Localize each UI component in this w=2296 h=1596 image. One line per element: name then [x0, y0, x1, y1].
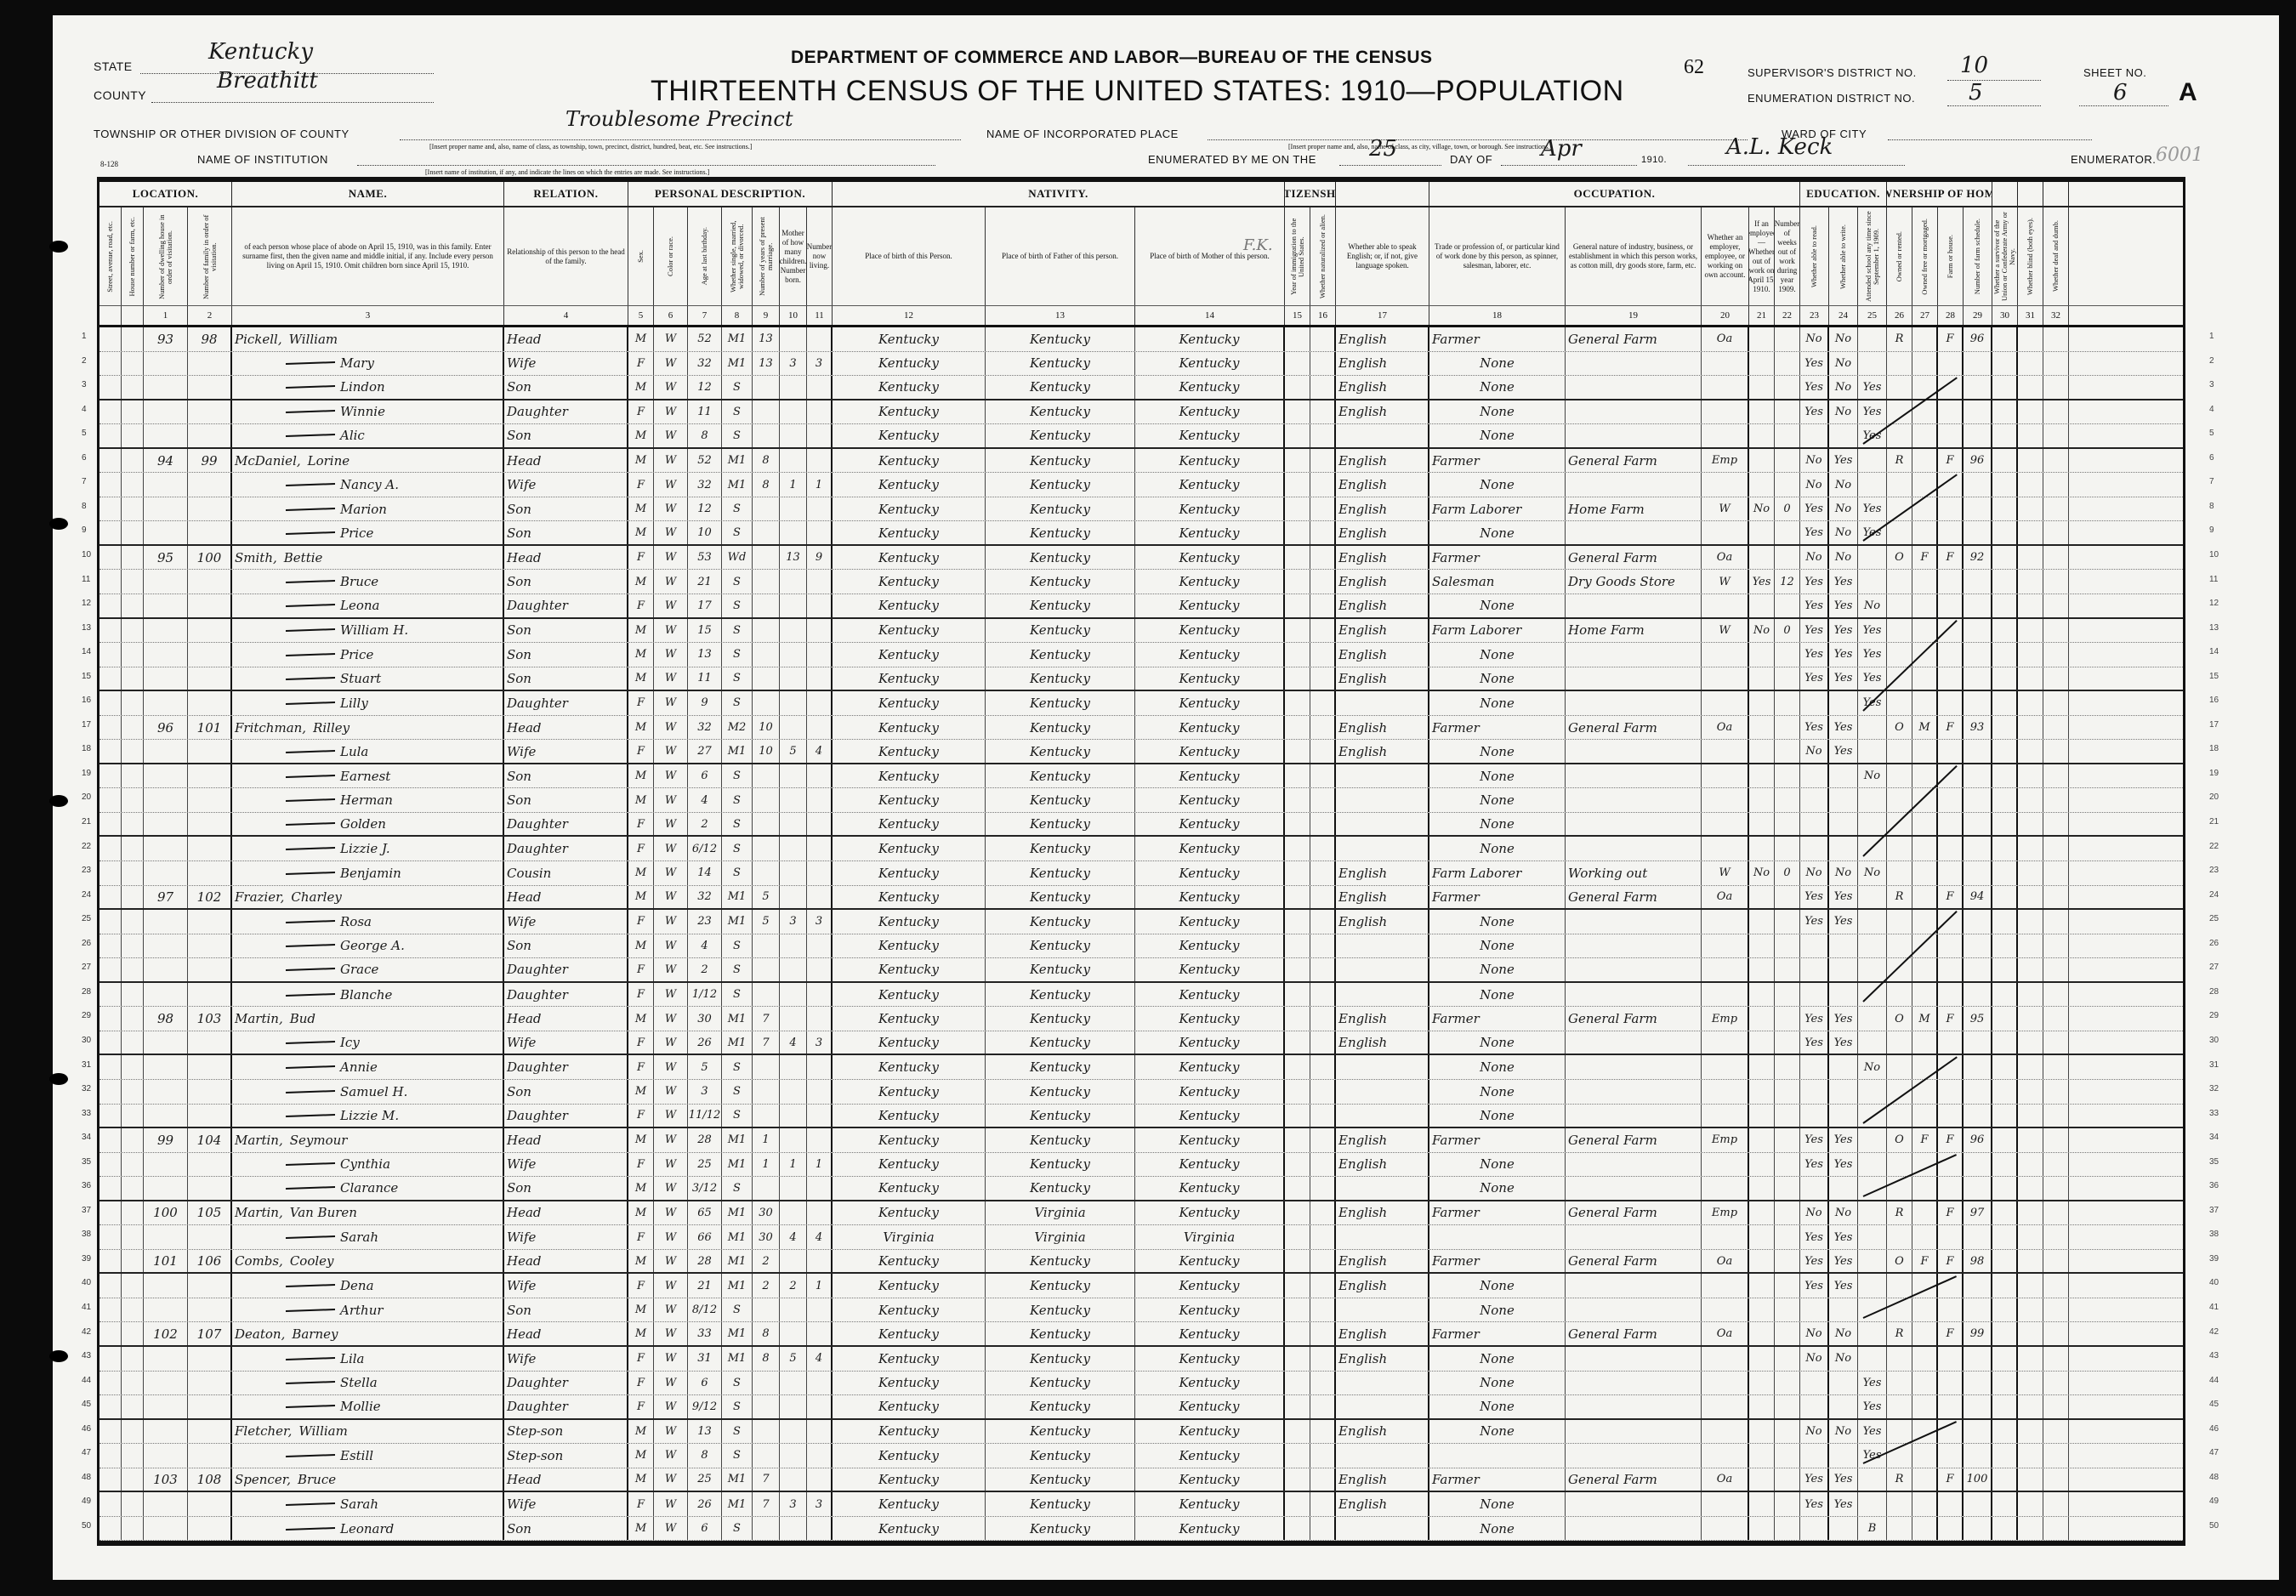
cell-mbp: Kentucky — [1135, 643, 1285, 667]
cell-fbp: Kentucky — [986, 788, 1135, 812]
cell-rel: Daughter — [504, 1372, 628, 1395]
cell-bp: Kentucky — [833, 619, 986, 643]
cell-name: Icy — [232, 1031, 504, 1054]
column-header-text: Whether able to read. — [1810, 225, 1818, 287]
cell-dw — [144, 376, 188, 399]
cell-wks — [1775, 424, 1800, 447]
cell-fm — [1912, 352, 1938, 376]
given-name: Golden — [340, 816, 386, 832]
cell-sched — [1964, 1105, 1992, 1127]
cell-ms: M1 — [722, 910, 753, 934]
cell-dw: 97 — [144, 886, 188, 909]
supervisor-district-label: Supervisor's District No. — [1748, 66, 1917, 79]
cell-rel: Daughter — [504, 1105, 628, 1127]
line-number: 15 — [2209, 672, 2219, 681]
cell-fbp: Kentucky — [986, 934, 1135, 958]
department-heading: DEPARTMENT OF COMMERCE AND LABOR—BUREAU … — [791, 48, 1433, 68]
cell-col30 — [1992, 449, 2018, 473]
column-header: Place of birth of Father of this person. — [986, 207, 1135, 305]
cell-read: Yes — [1800, 1250, 1829, 1273]
column-number: 28 — [1938, 306, 1964, 325]
cell-name: Lizzie J. — [232, 837, 504, 860]
cell-cols — [99, 1322, 122, 1345]
cell-col15 — [1285, 837, 1310, 860]
cell-write: Yes — [1829, 594, 1858, 617]
cell-fm — [1912, 1517, 1938, 1541]
cell-ms: S — [722, 400, 753, 424]
cell-colh — [122, 1177, 144, 1200]
cell-age: 28 — [688, 1250, 722, 1273]
cell-mbp: Kentucky — [1135, 788, 1285, 812]
cell-write — [1829, 691, 1858, 715]
column-number: 26 — [1887, 306, 1912, 325]
cell-col30 — [1992, 1201, 2018, 1225]
cell-race: W — [654, 1128, 688, 1152]
cell-eng — [1336, 788, 1429, 812]
ditto-mark — [286, 1186, 335, 1190]
cell-read — [1800, 1395, 1829, 1418]
county-value: Breathitt — [217, 68, 318, 94]
cell-race: W — [654, 1517, 688, 1541]
cell-fbp: Kentucky — [986, 497, 1135, 521]
cell-col16 — [1310, 1031, 1336, 1054]
census-row: BenjaminCousinMW14SKentuckyKentuckyKentu… — [99, 861, 2183, 886]
cell-cols — [99, 1080, 122, 1104]
ditto-mark — [286, 1357, 335, 1360]
cell-wks — [1775, 1105, 1800, 1127]
line-number: 4 — [82, 405, 87, 414]
cell-fh — [1938, 958, 1964, 981]
cell-col16 — [1310, 1201, 1336, 1225]
cell-occ: Farmer — [1429, 1201, 1566, 1225]
cell-sex: F — [628, 691, 654, 715]
ditto-mark — [286, 580, 335, 583]
cell-col32 — [2043, 1468, 2069, 1491]
cell-write — [1829, 1298, 1858, 1322]
cell-cols — [99, 1395, 122, 1418]
cell-mbp: Kentucky — [1135, 497, 1285, 521]
cell-wks — [1775, 327, 1800, 351]
cell-wks — [1775, 667, 1800, 690]
cell-age: 53 — [688, 546, 722, 570]
cell-dw — [144, 1395, 188, 1418]
cell-fm — [1912, 934, 1938, 958]
census-row: MollieDaughterFW9/12SKentuckyKentuckyKen… — [99, 1395, 2183, 1420]
cell-race: W — [654, 958, 688, 981]
cell-fam — [188, 1080, 232, 1104]
cell-occ: Farmer — [1429, 1128, 1566, 1152]
cell-sch — [1858, 570, 1887, 594]
cell-fam: 103 — [188, 1007, 232, 1031]
cell-sex: M — [628, 1250, 654, 1273]
cell-yrs: 30 — [753, 1201, 780, 1225]
cell-read: Yes — [1800, 619, 1829, 643]
cell-rel: Daughter — [504, 983, 628, 1007]
cell-sched — [1964, 934, 1992, 958]
cell-read — [1800, 424, 1829, 447]
cell-sch: Yes — [1858, 691, 1887, 715]
cell-race: W — [654, 1492, 688, 1516]
cell-oow — [1749, 934, 1775, 958]
cell-sex: F — [628, 1055, 654, 1079]
column-number: 25 — [1858, 306, 1887, 325]
ditto-mark — [286, 1065, 335, 1069]
given-name: Mary — [340, 355, 374, 371]
ditto-mark — [286, 628, 335, 632]
column-header: Whether deaf and dumb. — [2043, 207, 2069, 305]
cell-colh — [122, 376, 144, 399]
cell-ind — [1566, 1105, 1702, 1127]
cell-oow — [1749, 1517, 1775, 1541]
cell-col15 — [1285, 1105, 1310, 1127]
cell-emp — [1702, 521, 1749, 544]
cell-col16 — [1310, 1250, 1336, 1273]
cell-col32 — [2043, 983, 2069, 1007]
given-name: William — [289, 332, 338, 347]
ditto-mark — [286, 968, 335, 971]
cell-rel: Wife — [504, 910, 628, 934]
cell-rel: Wife — [504, 1492, 628, 1516]
census-row: IcyWifeFW26M1743KentuckyKentuckyKentucky… — [99, 1031, 2183, 1056]
cell-col15 — [1285, 1420, 1310, 1444]
cell-col32 — [2043, 497, 2069, 521]
census-title: THIRTEENTH CENSUS OF THE UNITED STATES: … — [651, 75, 1624, 108]
cell-fm — [1912, 740, 1938, 763]
cell-sch — [1858, 1347, 1887, 1371]
cell-occ: Salesman — [1429, 570, 1566, 594]
column-header: If an employee— Whether out of work on A… — [1749, 207, 1775, 305]
cell-age: 21 — [688, 570, 722, 594]
cell-ind — [1566, 1444, 1702, 1468]
cell-name: Arthur — [232, 1298, 504, 1322]
line-number: 19 — [82, 769, 91, 778]
cell-fm — [1912, 449, 1938, 473]
ditto-mark — [286, 775, 335, 778]
cell-fm — [1912, 521, 1938, 544]
cell-read: Yes — [1800, 1031, 1829, 1054]
cell-ms: M2 — [722, 716, 753, 740]
cell-ms: S — [722, 643, 753, 667]
cell-colh — [122, 910, 144, 934]
line-number: 14 — [2209, 647, 2219, 656]
cell-write: Yes — [1829, 1250, 1858, 1273]
cell-sched — [1964, 667, 1992, 690]
line-number: 47 — [2209, 1448, 2219, 1457]
enumeration-line — [1947, 105, 2041, 106]
cell-col31 — [2018, 886, 2043, 909]
cell-fh — [1938, 861, 1964, 885]
column-header-text: Place of birth of Father of this person. — [1002, 252, 1118, 261]
cell-born — [780, 327, 807, 351]
cell-ind — [1566, 1420, 1702, 1444]
cell-ind — [1566, 1080, 1702, 1104]
cell-own — [1887, 473, 1912, 497]
cell-col31 — [2018, 1055, 2043, 1079]
cell-col15 — [1285, 546, 1310, 570]
cell-write: Yes — [1829, 1492, 1858, 1516]
cell-write — [1829, 934, 1858, 958]
column-header: Sex. — [628, 207, 654, 305]
cell-fh: F — [1938, 1128, 1964, 1152]
cell-living — [807, 1201, 833, 1225]
cell-fbp: Kentucky — [986, 570, 1135, 594]
cell-sched: 94 — [1964, 886, 1992, 909]
cell-sched — [1964, 1444, 1992, 1468]
cell-name: William H. — [232, 619, 504, 643]
cell-fam — [188, 910, 232, 934]
punch-hole — [49, 1073, 68, 1085]
cell-fam — [188, 1517, 232, 1541]
ditto-mark — [286, 798, 335, 802]
cell-cols — [99, 1031, 122, 1054]
cell-name: Spencer, Bruce — [232, 1468, 504, 1491]
column-number: 19 — [1566, 306, 1702, 325]
cell-ind: General Farm — [1566, 1007, 1702, 1031]
cell-rel: Wife — [504, 740, 628, 763]
cell-col31 — [2018, 1105, 2043, 1127]
cell-sex: M — [628, 1128, 654, 1152]
cell-fh — [1938, 1492, 1964, 1516]
cell-fm — [1912, 1201, 1938, 1225]
cell-colh — [122, 424, 144, 447]
cell-sched — [1964, 691, 1992, 715]
cell-race: W — [654, 1080, 688, 1104]
cell-dw — [144, 570, 188, 594]
cell-mbp: Kentucky — [1135, 1153, 1285, 1177]
census-row: RosaWifeFW23M1533KentuckyKentuckyKentuck… — [99, 910, 2183, 934]
cell-bp: Kentucky — [833, 1177, 986, 1200]
cell-fm — [1912, 376, 1938, 399]
cell-col16 — [1310, 497, 1336, 521]
cell-own — [1887, 667, 1912, 690]
cell-cols — [99, 1177, 122, 1200]
cell-oow: Yes — [1749, 570, 1775, 594]
cell-oow — [1749, 1153, 1775, 1177]
cell-read: Yes — [1800, 1225, 1829, 1249]
cell-mbp: Kentucky — [1135, 764, 1285, 788]
cell-eng: English — [1336, 473, 1429, 497]
cell-wks — [1775, 1420, 1800, 1444]
cell-name: Alic — [232, 424, 504, 447]
cell-read — [1800, 1372, 1829, 1395]
cell-sch: Yes — [1858, 376, 1887, 399]
line-number: 9 — [82, 525, 87, 535]
cell-colh — [122, 983, 144, 1007]
cell-oow — [1749, 910, 1775, 934]
cell-read: Yes — [1800, 886, 1829, 909]
cell-eng — [1336, 424, 1429, 447]
cell-fm — [1912, 813, 1938, 836]
cell-write — [1829, 1395, 1858, 1418]
cell-age: 12 — [688, 497, 722, 521]
line-number: 11 — [82, 575, 90, 584]
cell-col31 — [2018, 983, 2043, 1007]
cell-dw — [144, 667, 188, 690]
cell-write: No — [1829, 861, 1858, 885]
given-name: Lula — [340, 744, 368, 759]
cell-sched — [1964, 521, 1992, 544]
census-row: LeonaDaughterFW17SKentuckyKentuckyKentuc… — [99, 594, 2183, 619]
cell-col31 — [2018, 352, 2043, 376]
column-header: Whether able to read. — [1800, 207, 1829, 305]
cell-rel: Son — [504, 1177, 628, 1200]
cell-fbp: Kentucky — [986, 1105, 1135, 1127]
cell-bp: Kentucky — [833, 1250, 986, 1273]
cell-cols — [99, 1347, 122, 1371]
cell-occ: None — [1429, 837, 1566, 860]
cell-sex: M — [628, 1444, 654, 1468]
line-number: 3 — [82, 380, 87, 389]
cell-name: Mary — [232, 352, 504, 376]
line-number: 9 — [2209, 525, 2214, 535]
given-name: Bruce — [340, 574, 378, 589]
cell-cols — [99, 376, 122, 399]
cell-race: W — [654, 1225, 688, 1249]
cell-occ: None — [1429, 934, 1566, 958]
cell-colh — [122, 1298, 144, 1322]
census-row: GraceDaughterFW2SKentuckyKentuckyKentuck… — [99, 958, 2183, 983]
cell-ms: S — [722, 424, 753, 447]
cell-race: W — [654, 643, 688, 667]
cell-occ: None — [1429, 910, 1566, 934]
column-header: General nature of industry, business, or… — [1566, 207, 1702, 305]
cell-sch — [1858, 716, 1887, 740]
cell-dw — [144, 740, 188, 763]
cell-living: 9 — [807, 546, 833, 570]
cell-dw — [144, 983, 188, 1007]
cell-race: W — [654, 813, 688, 836]
cell-yrs — [753, 1177, 780, 1200]
cell-sex: M — [628, 716, 654, 740]
cell-col15 — [1285, 1492, 1310, 1516]
cell-fm — [1912, 424, 1938, 447]
cell-age: 27 — [688, 740, 722, 763]
cell-occ: Farmer — [1429, 1468, 1566, 1491]
line-number: 47 — [82, 1448, 91, 1457]
cell-cols — [99, 691, 122, 715]
line-number: 18 — [2209, 744, 2219, 753]
cell-bp: Kentucky — [833, 691, 986, 715]
cell-living: 4 — [807, 740, 833, 763]
given-name: Cooley — [290, 1253, 334, 1269]
line-number: 20 — [2209, 792, 2219, 802]
cell-bp: Kentucky — [833, 521, 986, 544]
cell-born — [780, 886, 807, 909]
cell-sched — [1964, 424, 1992, 447]
line-number: 21 — [82, 817, 91, 826]
column-header-text: Whether deaf and dumb. — [2052, 220, 2060, 292]
column-number: 9 — [753, 306, 780, 325]
cell-col15 — [1285, 1395, 1310, 1418]
cell-ind — [1566, 764, 1702, 788]
cell-col30 — [1992, 352, 2018, 376]
cell-col15 — [1285, 1225, 1310, 1249]
cell-mbp: Kentucky — [1135, 1080, 1285, 1104]
cell-col32 — [2043, 1274, 2069, 1298]
cell-colh — [122, 1517, 144, 1541]
cell-sched — [1964, 1395, 1992, 1418]
cell-colh — [122, 1153, 144, 1177]
cell-col16 — [1310, 667, 1336, 690]
cell-fh — [1938, 764, 1964, 788]
cell-col16 — [1310, 473, 1336, 497]
line-number: 12 — [82, 599, 91, 608]
cell-occ: Farmer — [1429, 327, 1566, 351]
given-name: Mollie — [340, 1399, 381, 1414]
cell-yrs: 2 — [753, 1250, 780, 1273]
cell-sch — [1858, 1007, 1887, 1031]
cell-eng: English — [1336, 667, 1429, 690]
cell-emp — [1702, 691, 1749, 715]
cell-write — [1829, 1372, 1858, 1395]
cell-oow — [1749, 594, 1775, 617]
cell-own: R — [1887, 886, 1912, 909]
column-number: 10 — [780, 306, 807, 325]
cell-occ: None — [1429, 1298, 1566, 1322]
census-row: 101106Combs, CooleyHeadMW28M12KentuckyKe… — [99, 1250, 2183, 1275]
cell-dw — [144, 1274, 188, 1298]
cell-ind — [1566, 594, 1702, 617]
cell-dw — [144, 1444, 188, 1468]
census-row: 103108Spencer, BruceHeadMW25M17KentuckyK… — [99, 1468, 2183, 1493]
cell-colh — [122, 958, 144, 981]
given-name: Estill — [340, 1448, 373, 1463]
cell-fm — [1912, 764, 1938, 788]
cell-col16 — [1310, 1468, 1336, 1491]
cell-mbp: Kentucky — [1135, 473, 1285, 497]
cell-emp — [1702, 1080, 1749, 1104]
census-row: SarahWifeFW26M1733KentuckyKentuckyKentuc… — [99, 1492, 2183, 1517]
cell-fh — [1938, 1517, 1964, 1541]
cell-cols — [99, 886, 122, 909]
cell-col30 — [1992, 837, 2018, 860]
cell-age: 32 — [688, 473, 722, 497]
column-number: 16 — [1310, 306, 1336, 325]
given-name: Van Buren — [290, 1205, 357, 1220]
cell-race: W — [654, 1395, 688, 1418]
cell-occ: None — [1429, 788, 1566, 812]
cell-occ: Farm Laborer — [1429, 497, 1566, 521]
cell-oow — [1749, 716, 1775, 740]
cell-fbp: Kentucky — [986, 1517, 1135, 1541]
cell-colh — [122, 716, 144, 740]
cell-occ: None — [1429, 400, 1566, 424]
cell-name: Annie — [232, 1055, 504, 1079]
cell-oow — [1749, 643, 1775, 667]
cell-bp: Kentucky — [833, 861, 986, 885]
cell-wks — [1775, 1298, 1800, 1322]
cell-living — [807, 643, 833, 667]
cell-fh — [1938, 1031, 1964, 1054]
cell-own: O — [1887, 1250, 1912, 1273]
cell-race: W — [654, 716, 688, 740]
cell-occ: None — [1429, 473, 1566, 497]
stamp-number: 62 — [1684, 56, 1704, 79]
cell-rel: Wife — [504, 1031, 628, 1054]
cell-mbp: Kentucky — [1135, 400, 1285, 424]
cell-race: W — [654, 740, 688, 763]
cell-occ: None — [1429, 983, 1566, 1007]
cell-read: No — [1800, 327, 1829, 351]
cell-rel: Step-son — [504, 1420, 628, 1444]
cell-write: No — [1829, 497, 1858, 521]
cell-occ: None — [1429, 1492, 1566, 1516]
given-name: Annie — [340, 1059, 378, 1075]
line-number: 30 — [82, 1036, 91, 1045]
cell-age: 15 — [688, 619, 722, 643]
cell-col16 — [1310, 813, 1336, 836]
cell-occ: None — [1429, 667, 1566, 690]
